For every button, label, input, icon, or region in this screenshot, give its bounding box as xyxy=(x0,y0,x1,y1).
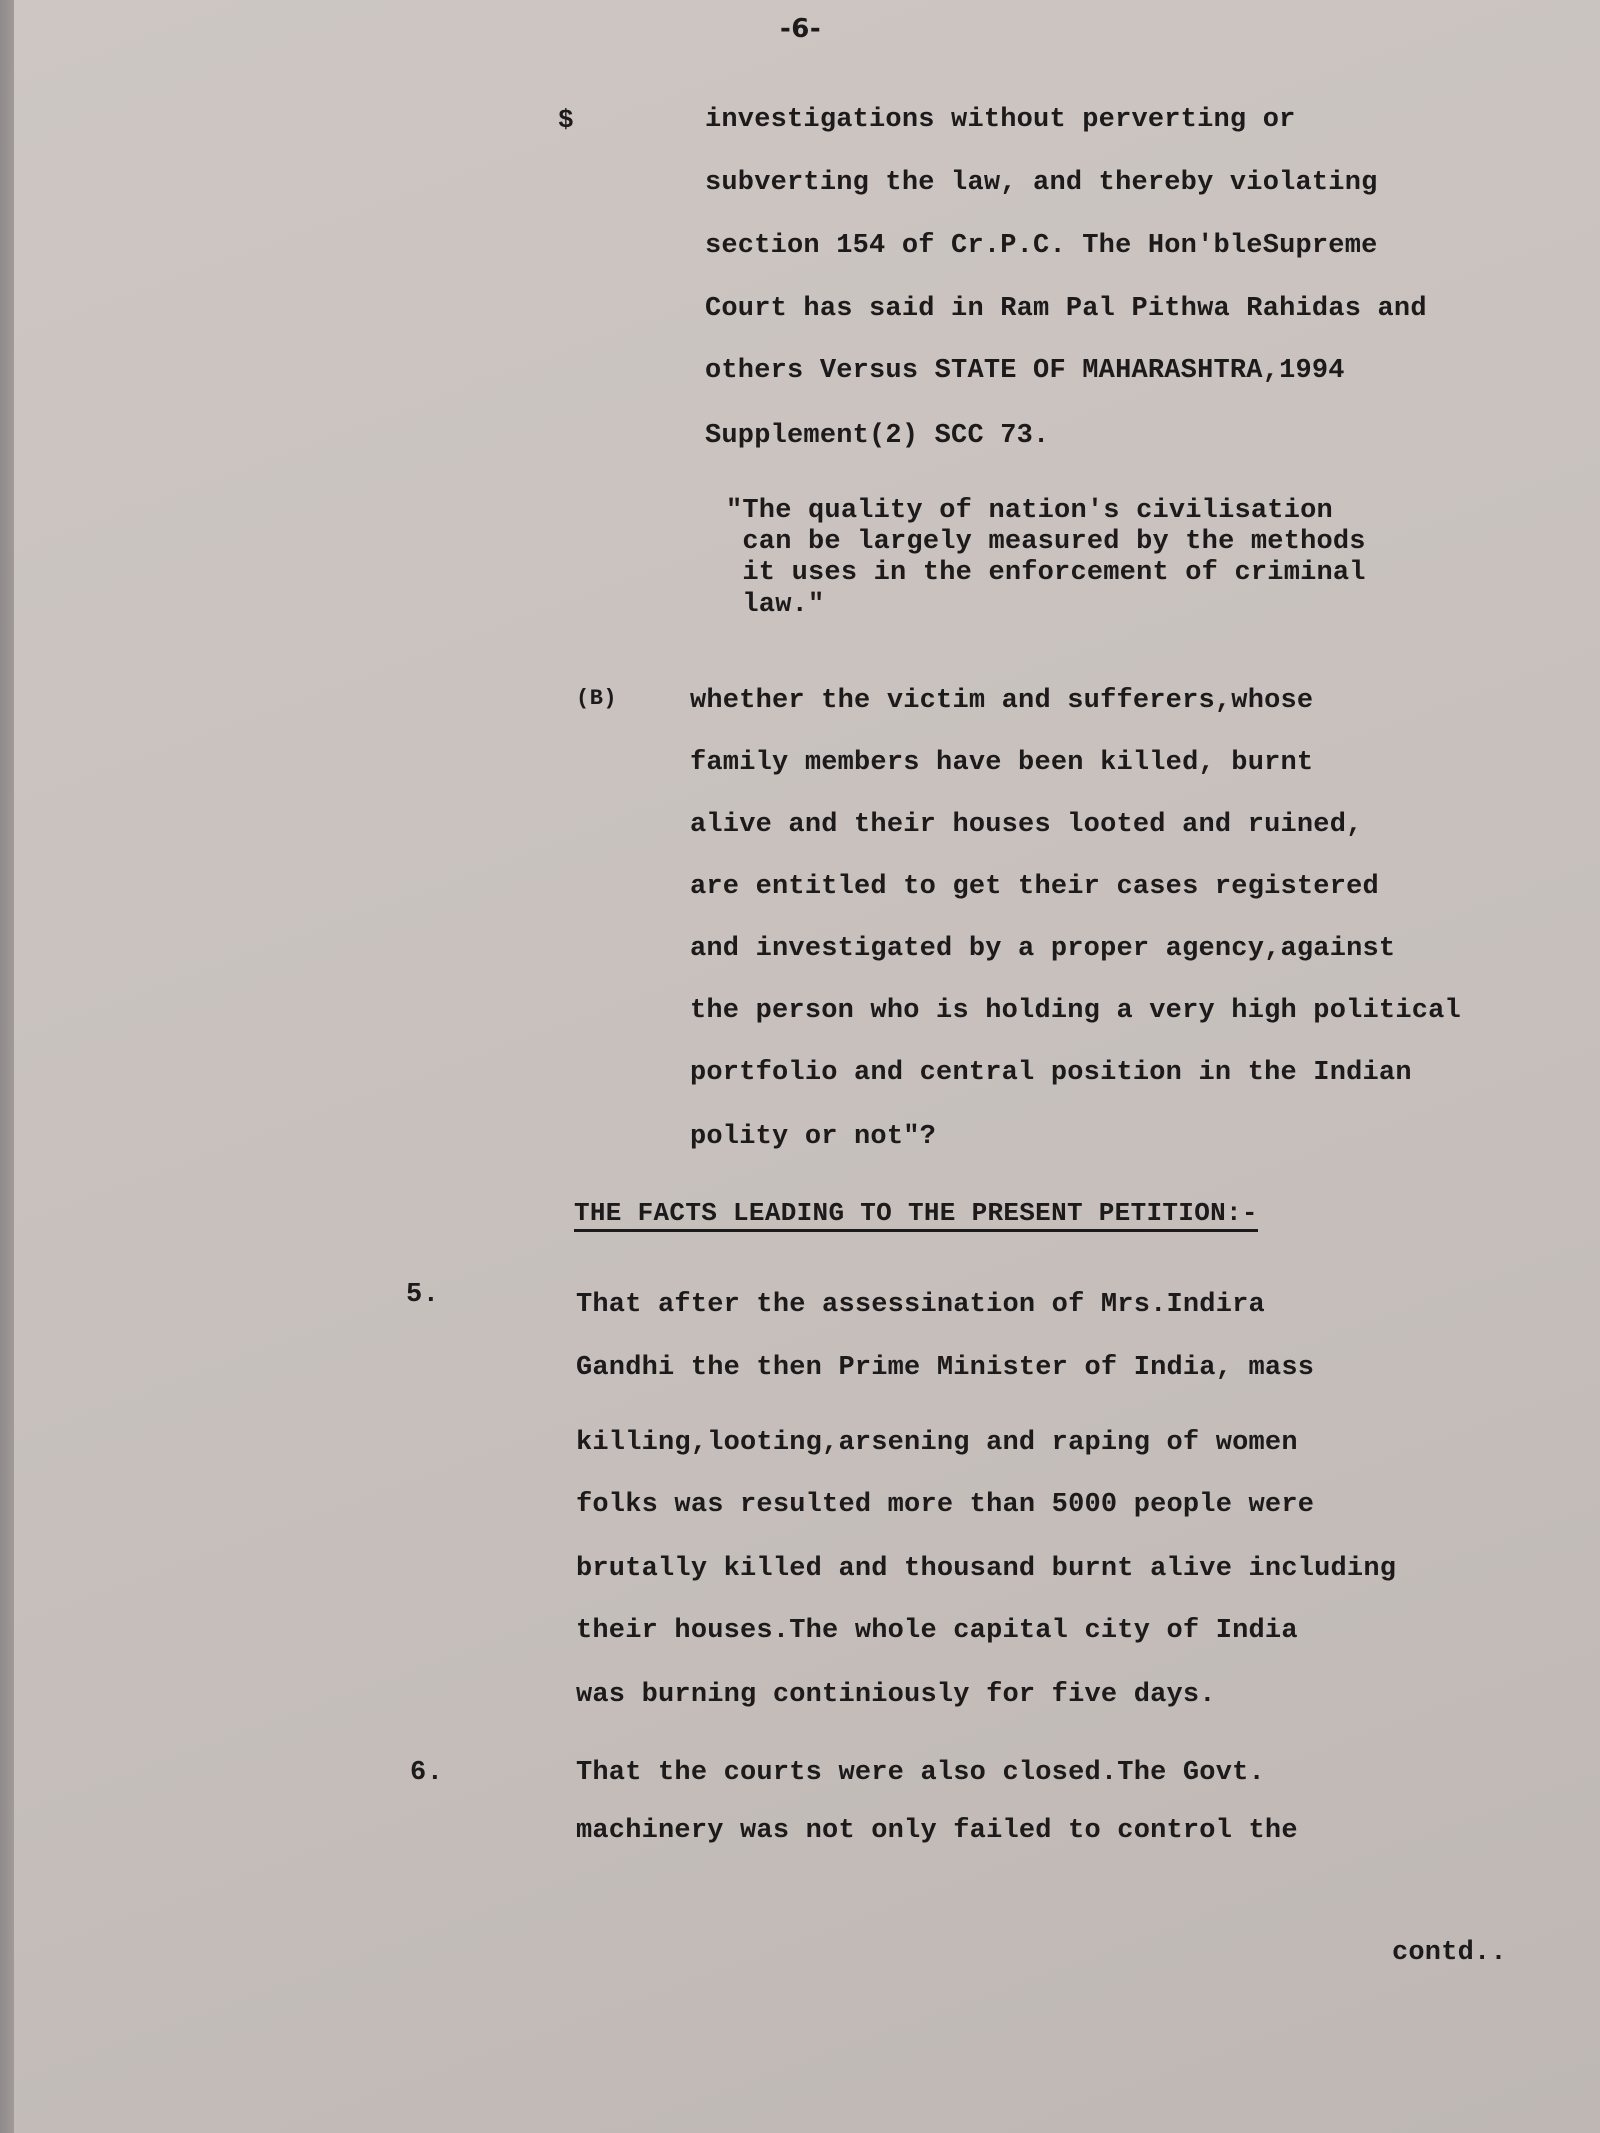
text-line: family members have been killed, burnt xyxy=(690,748,1313,778)
text-line: others Versus STATE OF MAHARASHTRA,1994 xyxy=(705,356,1345,386)
item-marker: (B) xyxy=(576,686,617,711)
text-line: Gandhi the then Prime Minister of India,… xyxy=(576,1353,1314,1383)
text-line: was burning continiously for five days. xyxy=(576,1680,1216,1710)
paragraph-number: 6. xyxy=(410,1758,443,1788)
text-line: Court has said in Ram Pal Pithwa Rahidas… xyxy=(705,294,1427,324)
text-line: alive and their houses looted and ruined… xyxy=(690,810,1363,840)
continued-footer: contd.. xyxy=(1392,1938,1507,1968)
text-line: folks was resulted more than 5000 people… xyxy=(576,1490,1314,1520)
text-line: and investigated by a proper agency,agai… xyxy=(690,934,1395,964)
text-line: portfolio and central position in the In… xyxy=(690,1058,1412,1088)
paragraph-number: 5. xyxy=(406,1280,439,1310)
quote-line: "The quality of nation's civilisation xyxy=(726,496,1333,526)
text-line: brutally killed and thousand burnt alive… xyxy=(576,1554,1396,1584)
quote-line: law." xyxy=(726,590,824,620)
text-line: are entitled to get their cases register… xyxy=(690,872,1379,902)
section-heading: THE FACTS LEADING TO THE PRESENT PETITIO… xyxy=(574,1198,1258,1232)
text-line: That the courts were also closed.The Gov… xyxy=(576,1758,1265,1788)
text-line: machinery was not only failed to control… xyxy=(576,1816,1298,1846)
text-line: the person who is holding a very high po… xyxy=(690,996,1461,1026)
document-page: -6- $ investigations without perverting … xyxy=(14,0,1600,2133)
text-line: whether the victim and sufferers,whose xyxy=(690,686,1313,716)
quote-line: it uses in the enforcement of criminal xyxy=(726,558,1366,588)
text-line: Supplement(2) SCC 73. xyxy=(705,421,1049,451)
text-line: killing,looting,arsening and raping of w… xyxy=(576,1428,1298,1458)
text-line: polity or not"? xyxy=(690,1122,936,1152)
text-line: investigations without perverting or xyxy=(705,105,1296,135)
text-line: That after the assessination of Mrs.Indi… xyxy=(576,1290,1265,1320)
quote-line: can be largely measured by the methods xyxy=(726,527,1366,557)
page-number: -6- xyxy=(780,14,821,44)
page-edge xyxy=(0,0,14,2133)
text-line: their houses.The whole capital city of I… xyxy=(576,1616,1298,1646)
text-line: subverting the law, and thereby violatin… xyxy=(705,168,1378,198)
continuation-marker: $ xyxy=(558,105,574,135)
text-line: section 154 of Cr.P.C. The Hon'bleSuprem… xyxy=(705,231,1378,261)
